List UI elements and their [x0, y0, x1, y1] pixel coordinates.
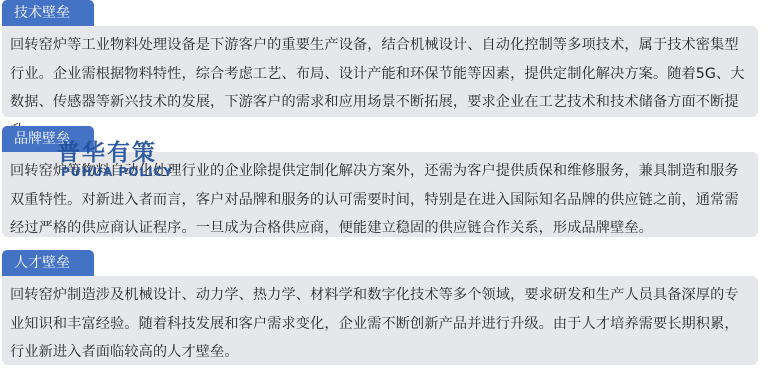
- section-body: 回转窑炉等工业物料处理设备是下游客户的重要生产设备，结合机械设计、自动化控制等多…: [2, 26, 758, 117]
- section-body: 回转窑炉等物料自动化处理行业的企业除提供定制化解决方案外，还需为客户提供质保和维…: [2, 152, 758, 237]
- section-title-tag: 品牌壁垒: [2, 126, 94, 153]
- section-body: 回转窑炉制造涉及机械设计、动力学、热力学、材料学和数字化技术等多个领域，要求研发…: [2, 276, 758, 365]
- section-title-tag: 技术壁垒: [2, 0, 94, 27]
- section-title-tag: 人才壁垒: [2, 250, 94, 277]
